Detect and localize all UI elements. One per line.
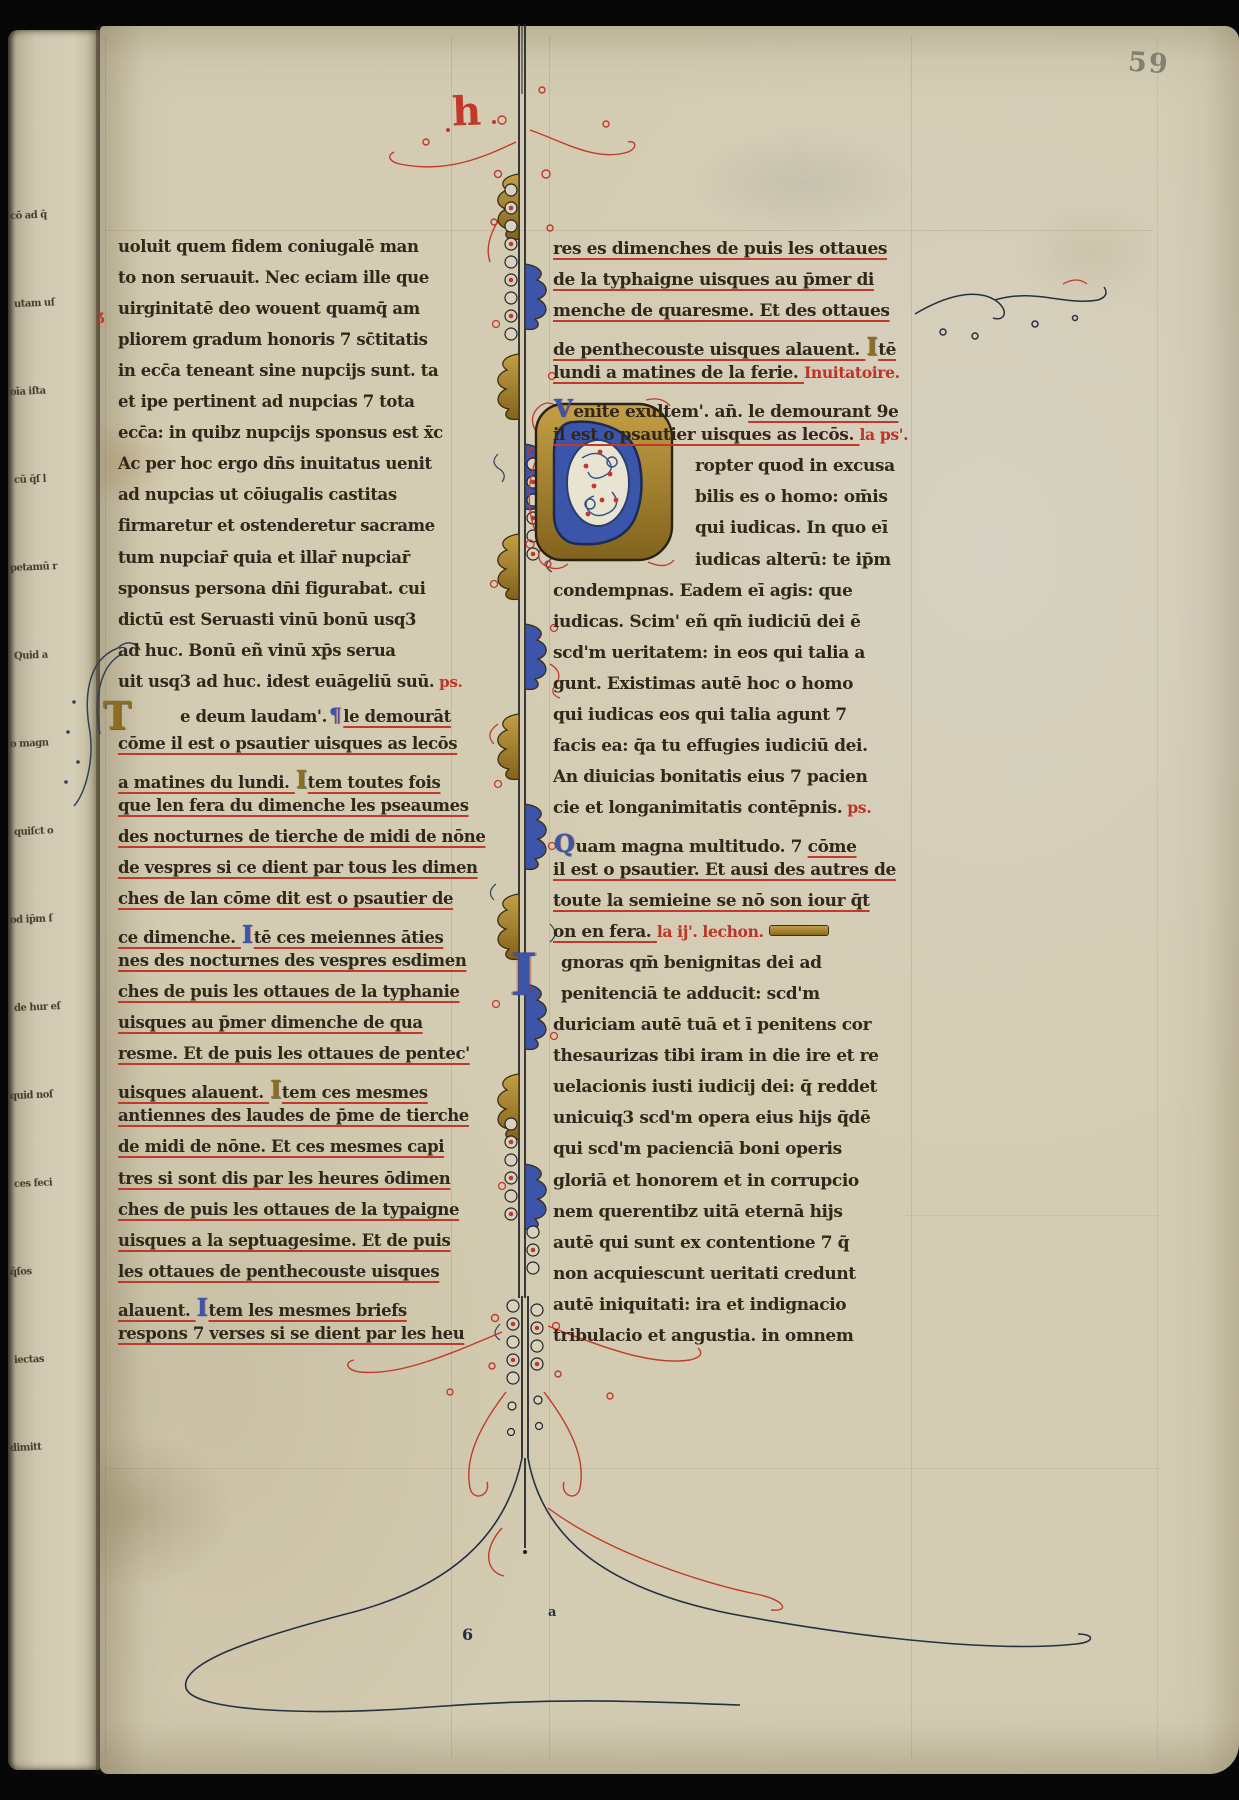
manuscript-text: resme. Et de puis les ottaues de pentec' bbox=[118, 1044, 470, 1063]
manuscript-text: tum nupciar̄ quia et illar̄ nupciar̄ bbox=[118, 548, 410, 567]
red-margin-mark: ʒ bbox=[96, 308, 104, 324]
facing-page-edge: cō ad q̄utam uſoīa iſtacū q̄ſ lpetamū rQ… bbox=[8, 30, 100, 1770]
rubric-text: Inuitatoire. bbox=[804, 363, 900, 382]
right-column-line-21: il est o psautier. Et ausi des autres de bbox=[553, 860, 896, 891]
right-column-line-27: thesaurizas tibi iram in die ire et re bbox=[553, 1046, 879, 1077]
right-column-line-18: An diuicias bonitatis eius 7 pacien bbox=[553, 767, 867, 798]
manuscript-text: antiennes des laudes de p̄me de tierche bbox=[118, 1106, 469, 1125]
manuscript-text: gunt. Existimas autē hoc o homo bbox=[553, 674, 853, 694]
edge-text-fragment: de hur eſ bbox=[14, 1001, 68, 1014]
right-column-line-7: il est o psautier uisques as lecōs. la p… bbox=[553, 425, 908, 456]
left-column-line-3: uirginitatē deo wouent quamq̄ am bbox=[118, 299, 420, 330]
manuscript-text: les ottaues de penthecouste uisques bbox=[118, 1262, 439, 1281]
left-column-line-34: les ottaues de penthecouste uisques bbox=[118, 1262, 439, 1293]
manuscript-text: bilis es o homo: om̄is bbox=[695, 487, 888, 507]
manuscript-text: uoluit quem fidem coniugalē man bbox=[118, 237, 419, 256]
manuscript-text: toute la semieine se nō son iour q̄t bbox=[553, 891, 870, 911]
two-line-initial-I: I bbox=[498, 944, 550, 1014]
manuscript-text: cōme il est o psautier uisques as lecōs bbox=[118, 734, 457, 753]
left-column-line-10: firmaretur et ostenderetur sacrame bbox=[118, 516, 435, 547]
right-column-line-23: on en fera. la ij'. lechon. bbox=[553, 922, 828, 953]
manuscript-text: lundi a matines de la ferie. bbox=[553, 363, 804, 383]
manuscript-text: uelacionis iusti iudicij dei: q̄ reddet bbox=[553, 1077, 877, 1097]
manuscript-text: ches de lan cōme dit est o psautier de bbox=[118, 889, 453, 908]
left-column-line-22: ches de lan cōme dit est o psautier de bbox=[118, 889, 453, 920]
manuscript-text: nes des nocturnes des vespres esdimen bbox=[118, 951, 466, 970]
manuscript-text: Ac per hoc ergo dn̄s inuitatus uenit bbox=[118, 454, 432, 473]
right-column-line-4: de penthecouste uisques alauent. Itē bbox=[553, 332, 896, 363]
manuscript-text: iudicas. Scim' eñ qm̄ iudiciū dei ē bbox=[553, 612, 861, 632]
right-column-line-30: qui scd'm pacienciā boni operis bbox=[553, 1139, 842, 1170]
left-column-line-27: resme. Et de puis les ottaues de pentec' bbox=[118, 1044, 470, 1075]
manuscript-text: sponsus persona dn̄i figurabat. cui bbox=[118, 579, 425, 598]
left-column-line-12: sponsus persona dn̄i figurabat. cui bbox=[118, 579, 425, 610]
manuscript-text: tem les mesmes briefs bbox=[208, 1301, 406, 1320]
decorated-initial: V bbox=[553, 394, 573, 423]
left-column-line-14: ad huc. Bonū eñ vinū xp̄s serua bbox=[118, 641, 396, 672]
rubric-text: la ps'. bbox=[860, 425, 909, 444]
edge-text-fragment: cū q̄ſ l bbox=[14, 473, 68, 486]
manuscript-photo: cō ad q̄utam uſoīa iſtacū q̄ſ lpetamū rQ… bbox=[0, 0, 1239, 1800]
manuscript-text: il est o psautier uisques as lecōs. bbox=[553, 425, 860, 445]
manuscript-text: qui scd'm pacienciā boni operis bbox=[553, 1139, 842, 1159]
manuscript-text: dictū est Seruasti vinū bonū usq3 bbox=[118, 610, 416, 629]
manuscript-text: to non seruauit. Nec eciam ille que bbox=[118, 268, 429, 287]
manuscript-text: uisques au p̄mer dimenche de qua bbox=[118, 1013, 423, 1032]
manuscript-text: uisques a la septuagesime. Et de puis bbox=[118, 1231, 450, 1250]
right-column-line-29: unicuiq3 scd'm opera eius hijs q̄dē bbox=[553, 1108, 870, 1139]
left-column-line-18: a matines du lundi. Item toutes fois bbox=[118, 765, 440, 796]
right-column-line-6: Venite exultem'. an̄. le demourant 9e bbox=[553, 394, 898, 425]
manuscript-text: cie et longanimitatis contēpnis. bbox=[553, 798, 842, 818]
manuscript-text: ad huc. Bonū eñ vinū xp̄s serua bbox=[118, 641, 396, 660]
left-column-line-20: des nocturnes de tierche de midi de nōne bbox=[118, 827, 485, 858]
left-column-line-6: et ipe pertinent ad nupcias 7 tota bbox=[118, 392, 415, 423]
manuscript-text: res es dimenches de puis les ottaues bbox=[553, 239, 887, 259]
right-column-line-19: cie et longanimitatis contēpnis. ps. bbox=[553, 798, 871, 829]
right-column-line-5: lundi a matines de la ferie. Inuitatoire… bbox=[553, 363, 900, 394]
ruling-line bbox=[905, 1215, 1160, 1216]
right-column-line-8: ropter quod in excusa bbox=[695, 456, 895, 487]
decorated-initial: I bbox=[241, 920, 254, 949]
right-text-column: res es dimenches de puis les ottauesde l… bbox=[553, 239, 915, 1364]
right-margin-flourish bbox=[915, 276, 1115, 348]
manuscript-text: tribulacio et angustia. in omnem bbox=[553, 1326, 853, 1346]
manuscript-text: ropter quod in excusa bbox=[695, 456, 895, 476]
manuscript-text: tres si sont dis par les heures ōdimen bbox=[118, 1169, 450, 1188]
right-column-line-1: res es dimenches de puis les ottaues bbox=[553, 239, 887, 270]
right-column-line-12: condempnas. Eadem eī agis: que bbox=[553, 581, 852, 612]
right-column-line-9: bilis es o homo: om̄is bbox=[695, 487, 888, 518]
left-column-line-9: ad nupcias ut cōiugalis castitas bbox=[118, 485, 397, 516]
manuscript-text: ¶ bbox=[327, 703, 343, 727]
ruling-line bbox=[1157, 36, 1158, 1758]
manuscript-text: e deum laudam'. bbox=[180, 707, 327, 726]
left-column-line-36: respons 7 verses si se dient par les heu bbox=[118, 1324, 464, 1355]
left-column-line-21: de vespres si ce dient par tous les dime… bbox=[118, 858, 478, 889]
manuscript-text: respons 7 verses si se dient par les heu bbox=[118, 1324, 464, 1343]
manuscript-text: ches de puis les ottaues de la typhanie bbox=[118, 982, 460, 1001]
left-column-line-8: Ac per hoc ergo dn̄s inuitatus uenit bbox=[118, 454, 432, 485]
manuscript-text: menche de quaresme. Et des ottaues bbox=[553, 301, 890, 321]
signature-mark-h: h bbox=[451, 88, 482, 136]
tail-glyph: 6 bbox=[462, 1625, 473, 1644]
tail-glyph: a bbox=[548, 1605, 557, 1620]
manuscript-text: le demourant 9e bbox=[748, 402, 898, 422]
manuscript-text: tē bbox=[878, 340, 896, 360]
manuscript-text: enite exultem'. an̄. bbox=[573, 402, 748, 422]
manuscript-text: uisques alauent. bbox=[118, 1083, 269, 1102]
manuscript-text: gloriā et honorem et in corrupcio bbox=[553, 1171, 859, 1191]
manuscript-text: ches de puis les ottaues de la typaigne bbox=[118, 1200, 459, 1219]
right-column-line-13: iudicas. Scim' eñ qm̄ iudiciū dei ē bbox=[553, 612, 861, 643]
manuscript-text: que len fera du dimenche les pseaumes bbox=[118, 796, 469, 815]
manuscript-text: tē ces meiennes āties bbox=[254, 928, 444, 947]
left-column-line-31: tres si sont dis par les heures ōdimen bbox=[118, 1169, 450, 1200]
right-column-line-31: gloriā et honorem et in corrupcio bbox=[553, 1171, 859, 1202]
edge-text-fragment: quiſct o bbox=[14, 825, 68, 838]
manuscript-text: de vespres si ce dient par tous les dime… bbox=[118, 858, 478, 877]
manuscript-text: tem ces mesmes bbox=[282, 1083, 428, 1102]
manuscript-text: de midi de nōne. Et ces mesmes capi bbox=[118, 1137, 444, 1156]
manuscript-text: uit usq3 ad huc. idest euāgeliū suū. bbox=[118, 672, 434, 691]
manuscript-text: on en fera. bbox=[553, 922, 657, 942]
left-text-column: uoluit quem fidem coniugalē manto non se… bbox=[118, 237, 458, 1362]
edge-text-fragment: petamū r bbox=[10, 561, 64, 574]
left-column-line-23: ce dimenche. Itē ces meiennes āties bbox=[118, 920, 443, 951]
left-column-line-2: to non seruauit. Nec eciam ille que bbox=[118, 268, 429, 299]
edge-text-fragment: ces feci bbox=[14, 1177, 68, 1190]
left-column-line-11: tum nupciar̄ quia et illar̄ nupciar̄ bbox=[118, 548, 410, 579]
ruling-line bbox=[105, 36, 106, 1758]
rubric-text: la ij'. lechon. bbox=[657, 922, 764, 941]
left-column-line-26: uisques au p̄mer dimenche de qua bbox=[118, 1013, 423, 1044]
manuscript-text: autē qui sunt ex contentione 7 q̄ bbox=[553, 1233, 849, 1253]
manuscript-text: uirginitatē deo wouent quamq̄ am bbox=[118, 299, 420, 318]
manuscript-text: de la typhaigne uisques au p̄mer di bbox=[553, 270, 874, 290]
edge-text-fragment: dimitt bbox=[10, 1441, 64, 1454]
signature-dot bbox=[492, 120, 496, 124]
manuscript-text: in ecc̄a teneant sine nupcijs sunt. ta bbox=[118, 361, 438, 380]
manuscript-text: cōme bbox=[808, 837, 857, 857]
manuscript-text: ad nupcias ut cōiugalis castitas bbox=[118, 485, 397, 504]
manuscript-text: scd'm ueritatem: in eos qui talia a bbox=[553, 643, 865, 663]
right-column-line-32: nem querentibz uitā eternā hijs bbox=[553, 1202, 843, 1233]
manuscript-text: thesaurizas tibi iram in die ire et re bbox=[553, 1046, 879, 1066]
manuscript-text: duriciam autē tuā et ī penitens cor bbox=[553, 1015, 871, 1035]
manuscript-text: facis ea: q̄a tu effugies iudiciū dei. bbox=[553, 736, 868, 756]
manuscript-text: condempnas. Eadem eī agis: que bbox=[553, 581, 852, 601]
edge-text-fragment: utam uſ bbox=[14, 297, 68, 310]
left-column-line-4: pliorem gradum honoris 7 sc̄titatis bbox=[118, 330, 427, 361]
rubric-text: ps. bbox=[842, 798, 871, 817]
manuscript-text: An diuicias bonitatis eius 7 pacien bbox=[553, 767, 867, 787]
right-column-line-2: de la typhaigne uisques au p̄mer di bbox=[553, 270, 874, 301]
decorated-initial: I bbox=[865, 332, 878, 361]
left-column-line-28: uisques alauent. Item ces mesmes bbox=[118, 1075, 428, 1106]
manuscript-text: le demourāt bbox=[343, 707, 451, 726]
signature-dot bbox=[446, 128, 450, 132]
manuscript-text: de penthecouste uisques alauent. bbox=[553, 340, 865, 360]
folio-number: 59 bbox=[1127, 47, 1171, 81]
right-column-line-10: qui iudicas. In quo eī bbox=[695, 518, 888, 549]
manuscript-text: gnoras qm̄ benignitas dei ad bbox=[561, 953, 822, 973]
decorated-initial: I bbox=[196, 1293, 209, 1322]
decorated-initial: I bbox=[295, 765, 308, 794]
edge-text-fragment: oīa iſta bbox=[10, 385, 64, 398]
right-column-line-25: penitenciā te adducit: scd'm bbox=[561, 984, 820, 1015]
manuscript-text: tem toutes fois bbox=[308, 773, 441, 792]
left-column-line-15: uit usq3 ad huc. idest euāgeliū suū. ps. bbox=[118, 672, 462, 703]
manuscript-text: ce dimenche. bbox=[118, 928, 241, 947]
edge-text-fragment: q̄ſos bbox=[10, 1265, 64, 1278]
edge-text-fragment: iectas bbox=[14, 1353, 68, 1366]
manuscript-text: penitenciā te adducit: scd'm bbox=[561, 984, 820, 1004]
left-column-line-17: cōme il est o psautier uisques as lecōs bbox=[118, 734, 457, 765]
right-column-line-17: facis ea: q̄a tu effugies iudiciū dei. bbox=[553, 736, 868, 767]
left-column-line-5: in ecc̄a teneant sine nupcijs sunt. ta bbox=[118, 361, 438, 392]
right-column-line-14: scd'm ueritatem: in eos qui talia a bbox=[553, 643, 865, 674]
manuscript-text: alauent. bbox=[118, 1301, 196, 1320]
edge-text-fragment: quid noſ bbox=[10, 1089, 64, 1102]
left-column-line-32: ches de puis les ottaues de la typaigne bbox=[118, 1200, 459, 1231]
decorated-initial: I bbox=[269, 1075, 282, 1104]
left-column-line-13: dictū est Seruasti vinū bonū usq3 bbox=[118, 610, 416, 641]
manuscript-text: iudicas alterū: te ip̄m bbox=[695, 550, 891, 570]
right-column-line-22: toute la semieine se nō son iour q̄t bbox=[553, 891, 870, 922]
manuscript-text: firmaretur et ostenderetur sacrame bbox=[118, 516, 435, 535]
manuscript-text: uam magna multitudo. 7 bbox=[576, 837, 808, 857]
right-column-line-3: menche de quaresme. Et des ottaues bbox=[553, 301, 890, 332]
decorated-initial: Q bbox=[553, 829, 576, 858]
manuscript-text: qui iudicas eos qui talia agunt 7 bbox=[553, 705, 847, 725]
manuscript-text: a matines du lundi. bbox=[118, 773, 295, 792]
manuscript-text: il est o psautier. Et ausi des autres de bbox=[553, 860, 896, 880]
right-column-line-26: duriciam autē tuā et ī penitens cor bbox=[553, 1015, 871, 1046]
manuscript-text: autē iniquitati: ira et indignacio bbox=[553, 1295, 846, 1315]
right-column-line-20: Quam magna multitudo. 7 cōme bbox=[553, 829, 857, 860]
manuscript-text: qui iudicas. In quo eī bbox=[695, 518, 888, 538]
left-column-line-35: alauent. Item les mesmes briefs bbox=[118, 1293, 407, 1324]
right-column-line-24: gnoras qm̄ benignitas dei ad bbox=[561, 953, 822, 984]
left-column-line-1: uoluit quem fidem coniugalē man bbox=[118, 237, 419, 268]
right-column-line-33: autē qui sunt ex contentione 7 q̄ bbox=[553, 1233, 849, 1264]
right-column-line-16: qui iudicas eos qui talia agunt 7 bbox=[553, 705, 847, 736]
left-column-line-30: de midi de nōne. Et ces mesmes capi bbox=[118, 1137, 444, 1168]
manuscript-text bbox=[770, 926, 828, 935]
left-column-line-19: que len fera du dimenche les pseaumes bbox=[118, 796, 469, 827]
manuscript-text: nem querentibz uitā eternā hijs bbox=[553, 1202, 843, 1222]
rubric-text: ps. bbox=[434, 673, 462, 691]
right-column-line-35: autē iniquitati: ira et indignacio bbox=[553, 1295, 846, 1326]
manuscript-text: ecc̄a: in quibz nupcijs sponsus est x̄c bbox=[118, 423, 443, 442]
left-column-line-16: e deum laudam'.¶le demourāt bbox=[180, 703, 451, 734]
right-column-line-34: non acquiescunt ueritati credunt bbox=[553, 1264, 856, 1295]
manuscript-text: unicuiq3 scd'm opera eius hijs q̄dē bbox=[553, 1108, 870, 1128]
edge-text-fragment: cō ad q̄ bbox=[10, 209, 64, 222]
ruling-line bbox=[105, 230, 1153, 231]
left-column-line-29: antiennes des laudes de p̄me de tierche bbox=[118, 1106, 469, 1137]
manuscript-text: des nocturnes de tierche de midi de nōne bbox=[118, 827, 485, 846]
left-column-line-33: uisques a la septuagesime. Et de puis bbox=[118, 1231, 450, 1262]
right-column-line-15: gunt. Existimas autē hoc o homo bbox=[553, 674, 853, 705]
manuscript-text: et ipe pertinent ad nupcias 7 tota bbox=[118, 392, 415, 411]
manuscript-text: non acquiescunt ueritati credunt bbox=[553, 1264, 856, 1284]
right-column-line-11: iudicas alterū: te ip̄m bbox=[695, 550, 891, 581]
edge-text-fragment: od ip̄m ſ bbox=[10, 913, 64, 926]
right-column-line-28: uelacionis iusti iudicij dei: q̄ reddet bbox=[553, 1077, 877, 1108]
right-column-line-36: tribulacio et angustia. in omnem bbox=[553, 1326, 853, 1357]
left-column-line-7: ecc̄a: in quibz nupcijs sponsus est x̄c bbox=[118, 423, 443, 454]
manuscript-text: pliorem gradum honoris 7 sc̄titatis bbox=[118, 330, 427, 349]
left-column-line-25: ches de puis les ottaues de la typhanie bbox=[118, 982, 460, 1013]
left-column-line-24: nes des nocturnes des vespres esdimen bbox=[118, 951, 466, 982]
